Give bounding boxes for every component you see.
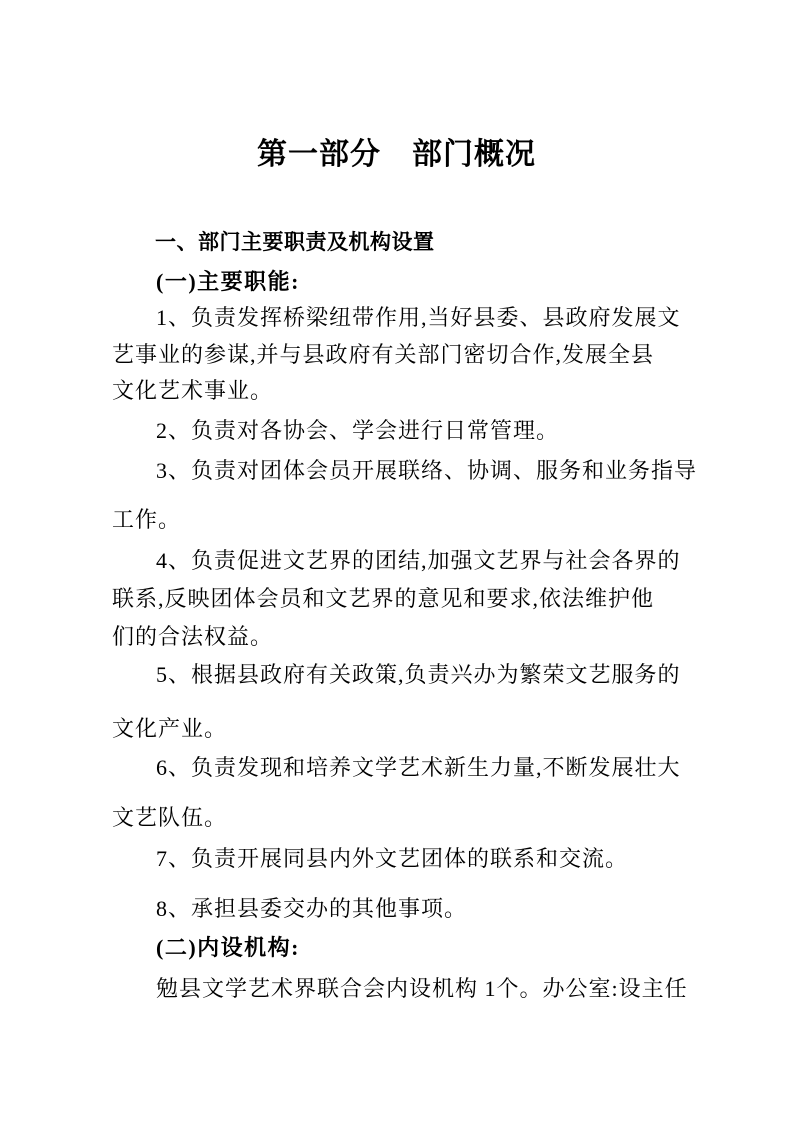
body-line: 1、负责发挥桥梁纽带作用,当好县委、县政府发展文: [112, 305, 716, 331]
body-line: 勉县文学艺术界联合会内设机构 1个。办公室:设主任: [112, 976, 716, 1002]
body-line: 工作。: [112, 507, 672, 533]
document-title: 第一部分 部门概况: [0, 137, 793, 173]
subsection-heading-internal-structure: (二)内设机构:: [112, 935, 716, 961]
body-line: 文化产业。: [112, 716, 672, 742]
body-line: 8、承担县委交办的其他事项。: [112, 896, 716, 922]
body-line: 4、负责促进文艺界的团结,加强文艺界与社会各界的: [112, 548, 716, 574]
body-line: 2、负责对各协会、学会进行日常管理。: [112, 418, 716, 444]
body-line: 6、负责发现和培养文学艺术新生力量,不断发展壮大: [112, 755, 716, 781]
body-line: 3、负责对团体会员开展联络、协调、服务和业务指导: [112, 458, 716, 484]
section-heading: 一、部门主要职责及机构设置: [112, 230, 755, 256]
body-line: 5、根据县政府有关政策,负责兴办为繁荣文艺服务的: [112, 662, 716, 688]
body-line: 文艺队伍。: [112, 805, 672, 831]
body-line: 艺事业的参谋,并与县政府有关部门密切合作,发展全县: [112, 342, 672, 368]
body-line: 们的合法权益。: [112, 624, 672, 650]
body-line: 联系,反映团体会员和文艺界的意见和要求,依法维护他: [112, 586, 672, 612]
body-line: 7、负责开展同县内外文艺团体的联系和交流。: [112, 846, 716, 872]
subsection-heading-main-functions: (一)主要职能:: [112, 269, 716, 295]
document-page: 第一部分 部门概况 一、部门主要职责及机构设置 (一)主要职能: 1、负责发挥桥…: [0, 0, 793, 1122]
body-line: 文化艺术事业。: [112, 378, 672, 404]
